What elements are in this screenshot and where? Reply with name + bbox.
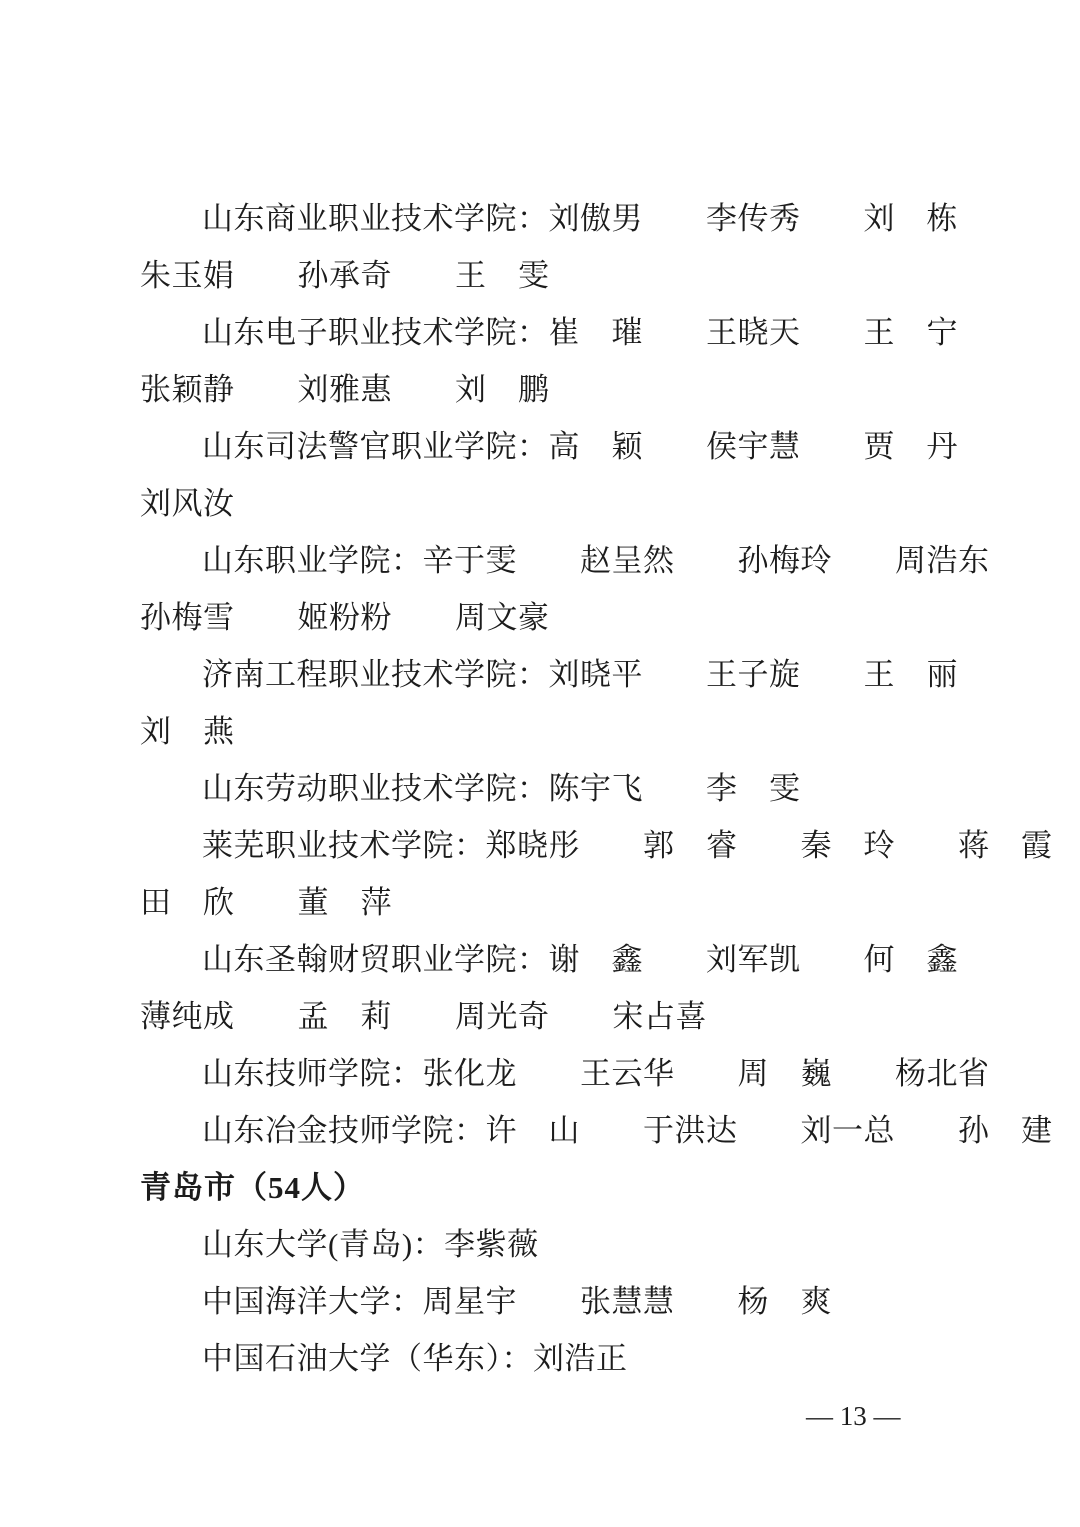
- text-line: 刘 燕: [140, 703, 945, 760]
- section-heading: 青岛市（54人）: [140, 1159, 945, 1216]
- text-line: 山东圣翰财贸职业学院：谢 鑫 刘军凯 何 鑫: [140, 931, 945, 988]
- text-line: 朱玉娟 孙承奇 王 雯: [140, 247, 945, 304]
- name-list: 山东商业职业技术学院：刘傲男 李传秀 刘 栋朱玉娟 孙承奇 王 雯山东电子职业技…: [140, 190, 945, 1387]
- page-number: — 13 —: [806, 1398, 901, 1434]
- text-line: 山东大学(青岛)：李紫薇: [140, 1216, 945, 1273]
- text-line: 中国石油大学（华东）：刘浩正: [140, 1330, 945, 1387]
- text-line: 山东技师学院：张化龙 王云华 周 巍 杨北省: [140, 1045, 945, 1102]
- text-line: 山东冶金技师学院：许 山 于洪达 刘一总 孙 建: [140, 1102, 945, 1159]
- text-line: 山东劳动职业技术学院：陈宇飞 李 雯: [140, 760, 945, 817]
- text-line: 山东电子职业技术学院：崔 璀 王晓天 王 宁: [140, 304, 945, 361]
- text-line: 中国海洋大学：周星宇 张慧慧 杨 爽: [140, 1273, 945, 1330]
- text-line: 莱芜职业技术学院：郑晓彤 郭 睿 秦 玲 蒋 霞: [140, 817, 945, 874]
- text-line: 山东商业职业技术学院：刘傲男 李传秀 刘 栋: [140, 190, 945, 247]
- text-line: 山东司法警官职业学院：高 颖 侯宇慧 贾 丹: [140, 418, 945, 475]
- text-line: 孙梅雪 姬粉粉 周文豪: [140, 589, 945, 646]
- text-line: 济南工程职业技术学院：刘晓平 王子旋 王 丽: [140, 646, 945, 703]
- text-line: 山东职业学院：辛于雯 赵呈然 孙梅玲 周浩东: [140, 532, 945, 589]
- text-line: 刘风汝: [140, 475, 945, 532]
- text-line: 张颖静 刘雅惠 刘 鹏: [140, 361, 945, 418]
- text-line: 薄纯成 孟 莉 周光奇 宋占喜: [140, 988, 945, 1045]
- text-line: 田 欣 董 萍: [140, 874, 945, 931]
- document-page: 山东商业职业技术学院：刘傲男 李传秀 刘 栋朱玉娟 孙承奇 王 雯山东电子职业技…: [0, 0, 1080, 1527]
